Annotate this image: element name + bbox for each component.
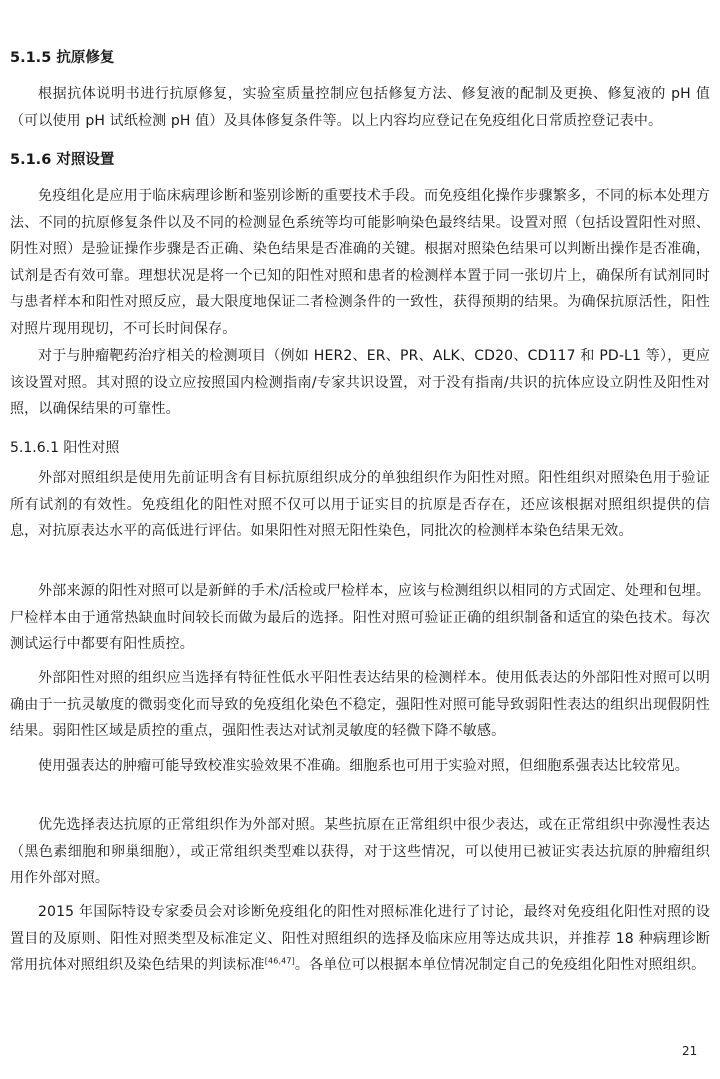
section-heading-5-1-6-1: 5.1.6.1 阳性对照 — [10, 437, 119, 457]
paragraph-targeted-therapy-controls: 对于与肿瘤靶药治疗相关的检测项目（例如 HER2、ER、PR、ALK、CD20、… — [10, 343, 710, 423]
citation-reference: [46,47] — [265, 957, 295, 966]
section-heading-5-1-6: 5.1.6 对照设置 — [10, 148, 114, 169]
paragraph-external-control-tissue: 外部对照组织是使用先前证明含有目标抗原组织成分的单独组织作为阳性对照。阳性组织对… — [10, 465, 710, 545]
paragraph-antigen-retrieval: 根据抗体说明书进行抗原修复，实验室质量控制应包括修复方法、修复液的配制及更换、修… — [10, 81, 710, 134]
paragraph-2015-consensus: 2015 年国际特设专家委员会对诊断免疫组化的阳性对照标准化进行了讨论，最终对免… — [10, 899, 710, 979]
section-heading-5-1-5: 5.1.5 抗原修复 — [10, 46, 114, 67]
paragraph-low-expression-control: 外部阳性对照的组织应当选择有特征性低水平阳性表达结果的检测样本。使用低表达的外部… — [10, 665, 710, 745]
consensus-text-end: 。各单位可以根据本单位情况制定自己的免疫组化阳性对照组织。 — [295, 957, 705, 973]
paragraph-controls-intro: 免疫组化是应用于临床病理诊断和鉴别诊断的重要技术手段。而免疫组化操作步骤繁多，不… — [10, 183, 710, 343]
page-number: 21 — [682, 1044, 697, 1058]
paragraph-strong-expression-tumor: 使用强表达的肿瘤可能导致校准实验效果不准确。细胞系也可用于实验对照，但细胞系强表… — [10, 753, 710, 780]
paragraph-external-source: 外部来源的阳性对照可以是新鲜的手术/活检或尸检样本，应该与检测组织以相同的方式固… — [10, 578, 710, 658]
paragraph-normal-tissue-preference: 优先选择表达抗原的正常组织作为外部对照。某些抗原在正常组织中很少表达，或在正常组… — [10, 812, 710, 892]
